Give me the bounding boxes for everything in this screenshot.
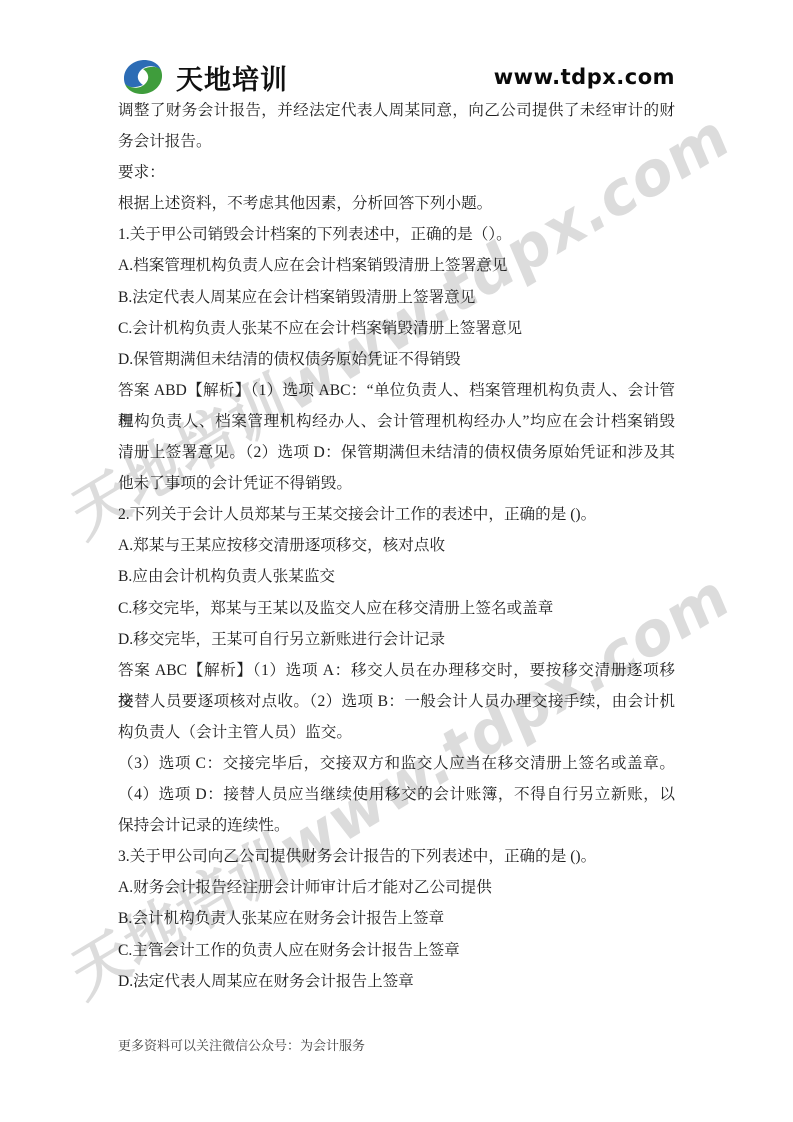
text-line: 保持会计记录的连续性。 [118, 810, 675, 841]
site-url-text: www.tdpx.com [494, 65, 675, 89]
text-line: D.保管期满但未结清的债权债务原始凭证不得销毁 [118, 344, 675, 375]
text-line: B.法定代表人周某应在会计档案销毁清册上签署意见 [118, 282, 675, 313]
text-line: D.移交完毕，王某可自行另立新账进行会计记录 [118, 624, 675, 655]
text-line: 2.下列关于会计人员郑某与王某交接会计工作的表述中，正确的是 ()。 [118, 499, 675, 530]
text-line: 3.关于甲公司向乙公司提供财务会计报告的下列表述中，正确的是 ()。 [118, 841, 675, 872]
text-line: 答案 ABC【解析】（1）选项 A：移交人员在办理移交时，要按移交清册逐项移交； [118, 655, 675, 686]
brand-logo: 天地培训 [118, 57, 288, 97]
text-line: B.会计机构负责人张某应在财务会计报告上签章 [118, 903, 675, 934]
swirl-logo-icon [118, 57, 170, 97]
text-line: 要求： [118, 157, 675, 188]
text-line: （4）选项 D：接替人员应当继续使用移交的会计账簿，不得自行另立新账，以 [118, 779, 675, 810]
text-line: 根据上述资料，不考虑其他因素，分析回答下列小题。 [118, 188, 675, 219]
text-line: 答案 ABD【解析】（1）选项 ABC：“单位负责人、档案管理机构负责人、会计管… [118, 375, 675, 406]
text-line: 他未了事项的会计凭证不得销毁。 [118, 468, 675, 499]
text-line: C.主管会计工作的负责人应在财务会计报告上签章 [118, 935, 675, 966]
text-line: A.档案管理机构负责人应在会计档案销毁清册上签署意见 [118, 250, 675, 281]
text-line: （3）选项 C：交接完毕后，交接双方和监交人应当在移交清册上签名或盖章。 [118, 748, 675, 779]
text-line: 1.关于甲公司销毁会计档案的下列表述中，正确的是（）。 [118, 219, 675, 250]
text-line: 构负责人（会计主管人员）监交。 [118, 717, 675, 748]
text-line: C.移交完毕，郑某与王某以及监交人应在移交清册上签名或盖章 [118, 593, 675, 624]
text-line: B.应由会计机构负责人张某监交 [118, 561, 675, 592]
document-page: 天地培训www.tdpx.com 天地培训www.tdpx.com 天地培训 w… [0, 0, 793, 1122]
text-line: A.财务会计报告经注册会计师审计后才能对乙公司提供 [118, 872, 675, 903]
text-line: A.郑某与王某应按移交清册逐项移交，核对点收 [118, 530, 675, 561]
footer-note: 更多资料可以关注微信公众号：为会计服务 [118, 1036, 675, 1056]
text-line: D.法定代表人周某应在财务会计报告上签章 [118, 966, 675, 997]
text-line: 务会计报告。 [118, 126, 675, 157]
document-body: 调整了财务会计报告，并经法定代表人周某同意，向乙公司提供了未经审计的财务会计报告… [118, 95, 675, 997]
page-header: 天地培训 www.tdpx.com [118, 54, 675, 100]
text-line: 接替人员要逐项核对点收。（2）选项 B：一般会计人员办理交接手续，由会计机 [118, 686, 675, 717]
text-line: C.会计机构负责人张某不应在会计档案销毁清册上签署意见 [118, 313, 675, 344]
brand-name: 天地培训 [176, 58, 288, 97]
page-footer: 更多资料可以关注微信公众号：为会计服务 [118, 1036, 675, 1056]
text-line: 机构负责人、档案管理机构经办人、会计管理机构经办人”均应在会计档案销毁 [118, 406, 675, 437]
text-line: 清册上签署意见。（2）选项 D：保管期满但未结清的债权债务原始凭证和涉及其 [118, 437, 675, 468]
